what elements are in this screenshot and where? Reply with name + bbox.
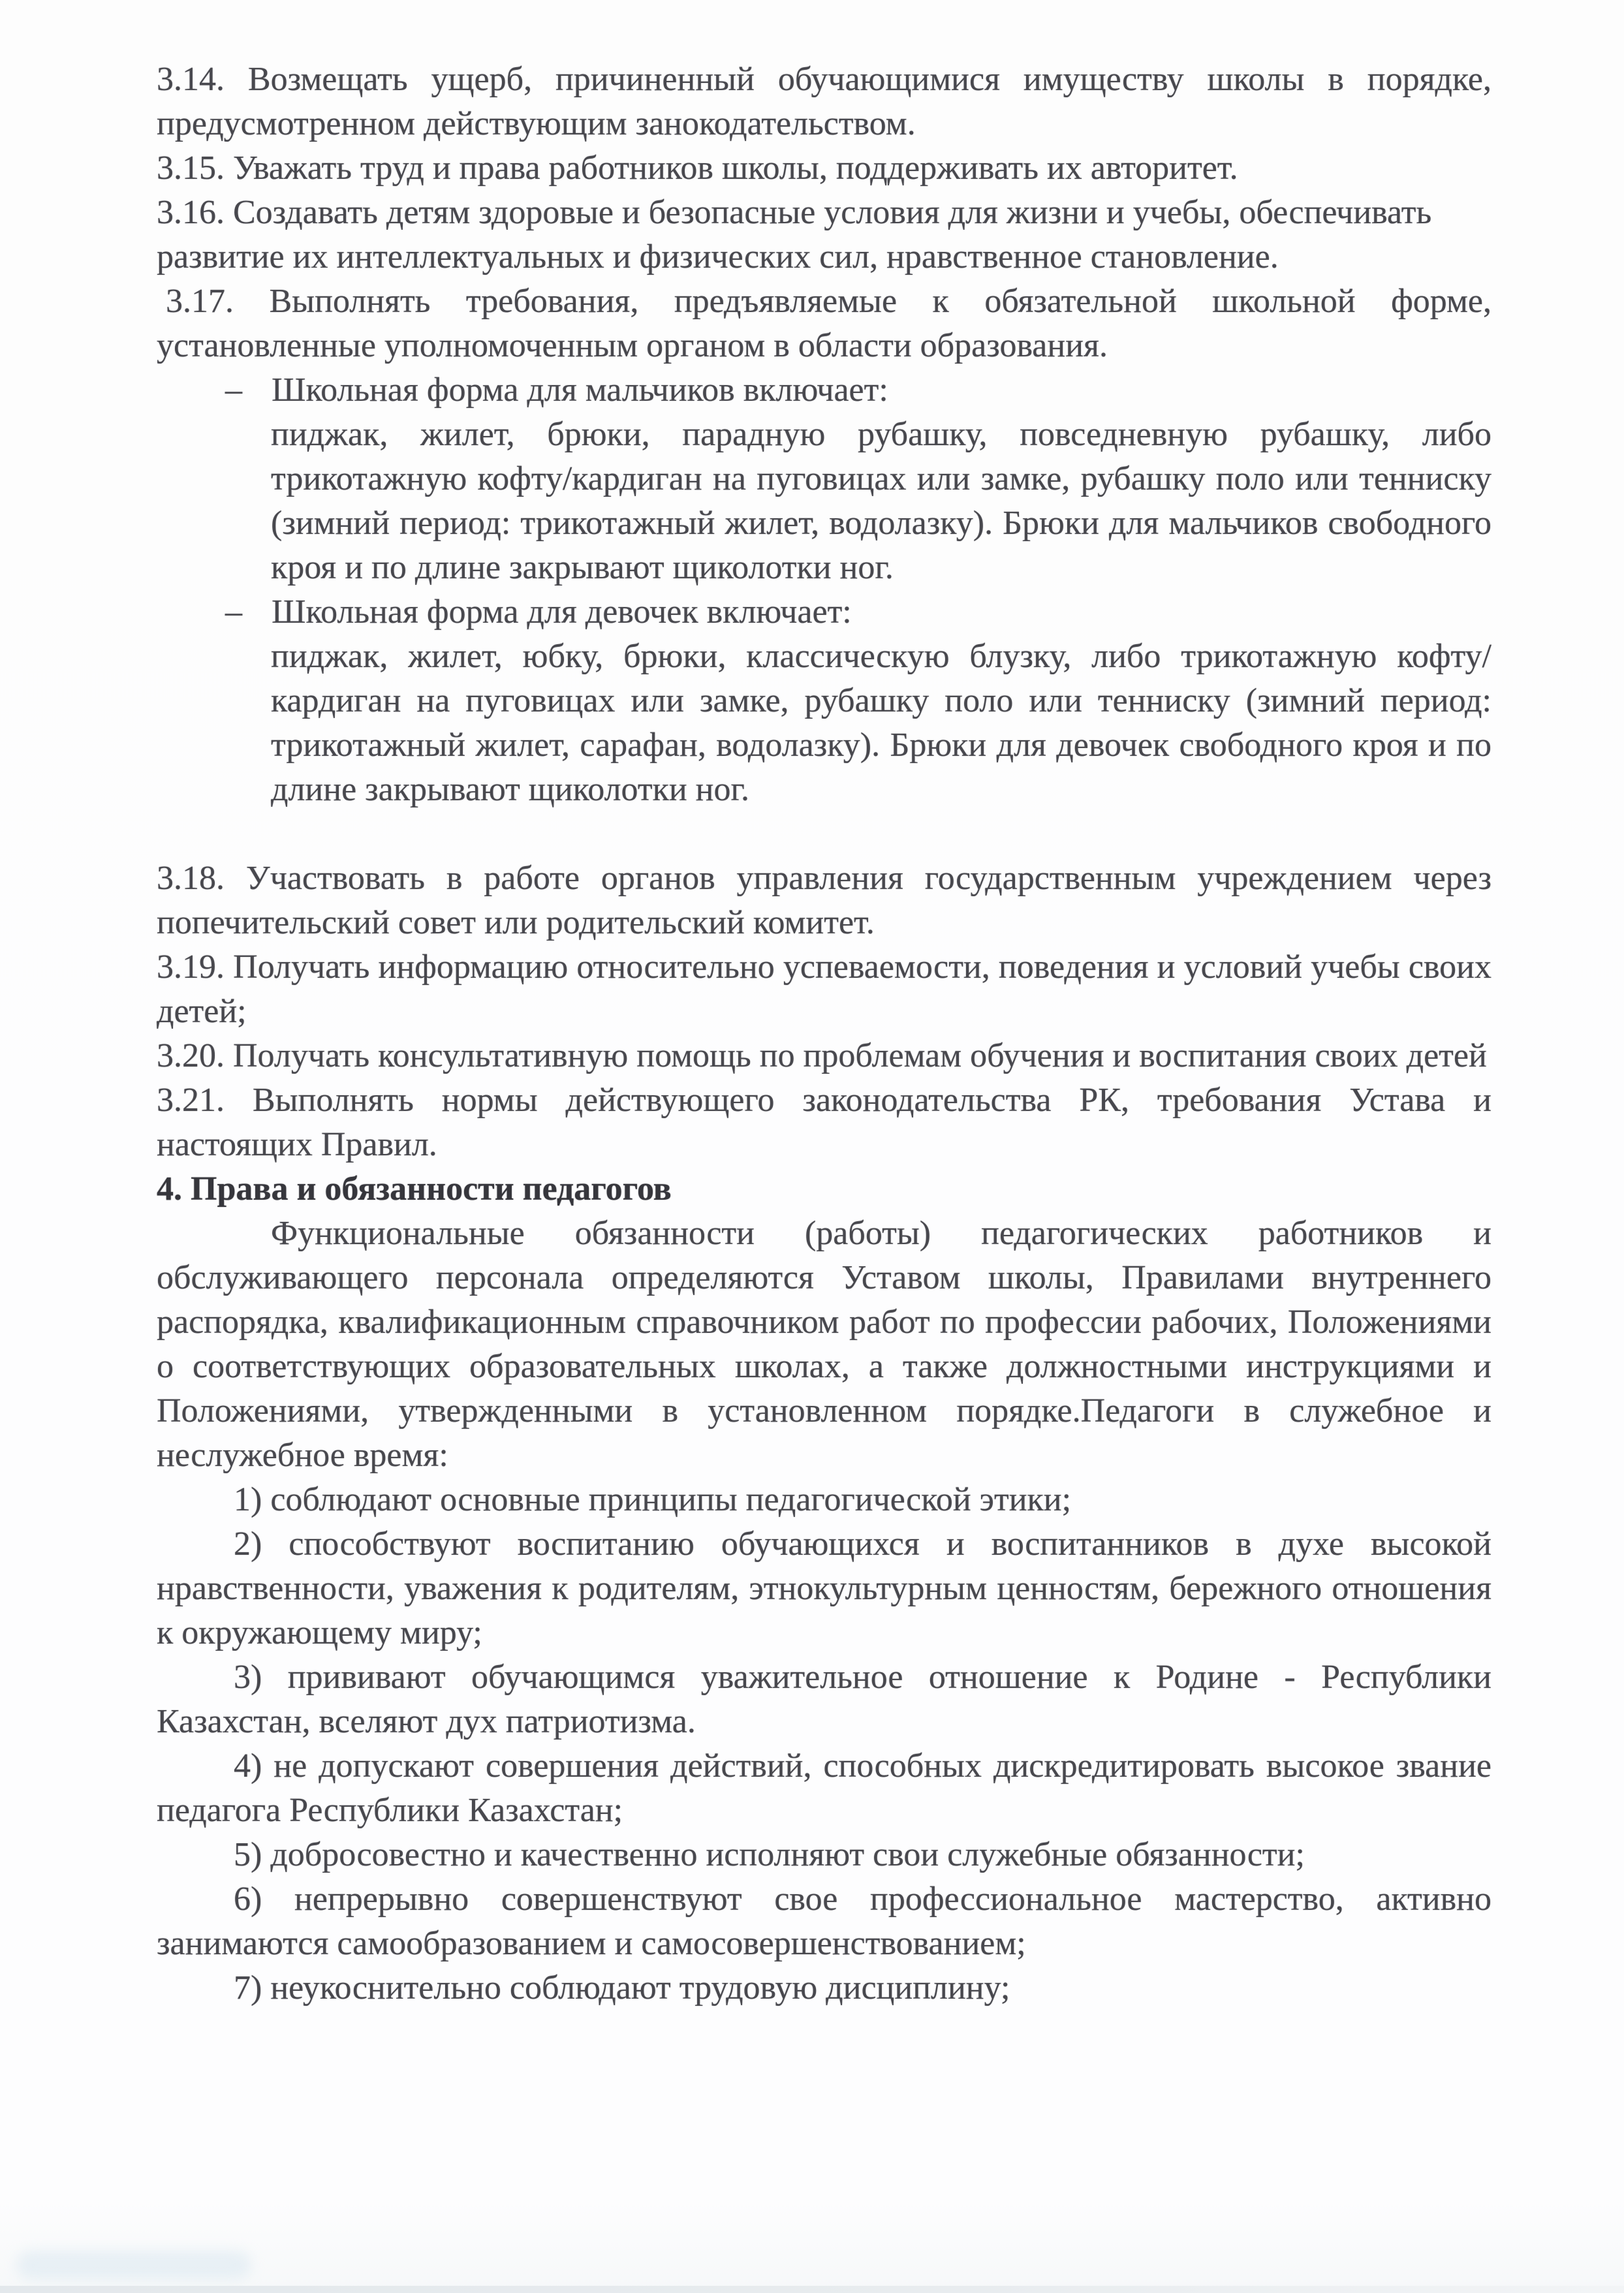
bullet-item-girls-uniform: – Школьная форма для девочек включает: <box>157 590 1491 634</box>
clause-3-20: 3.20. Получать консультативную помощь по… <box>157 1034 1491 1078</box>
numbered-item-2: 2) способствуют воспитанию обучающихся и… <box>157 1522 1491 1655</box>
section-4-heading: 4. Права и обязанности педагогов <box>157 1167 1491 1211</box>
bullet-label-girls: Школьная форма для девочек включает: <box>272 590 1491 634</box>
numbered-item-4: 4) не допускают совершения действий, спо… <box>157 1744 1491 1833</box>
numbered-item-5: 5) добросовестно и качественно исполняют… <box>157 1833 1491 1877</box>
document-text: 3.14. Возмещать ущерб, причиненный обуча… <box>157 57 1491 2010</box>
girls-uniform-description: пиджак, жилет, юбку, брюки, классическую… <box>271 634 1491 812</box>
clause-3-21: 3.21. Выполнять нормы действующего закон… <box>157 1078 1491 1167</box>
clause-3-18: 3.18. Участвовать в работе органов управ… <box>157 856 1491 945</box>
section-4-intro-paragraph: Функциональные обязанности (работы) педа… <box>157 1211 1491 1478</box>
numbered-item-3: 3) прививают обучающимся уважительное от… <box>157 1655 1491 1744</box>
bullet-dash-icon: – <box>225 590 272 634</box>
blank-line <box>157 812 1491 856</box>
clause-3-19: 3.19. Получать информацию относительно у… <box>157 945 1491 1034</box>
clause-3-14: 3.14. Возмещать ущерб, причиненный обуча… <box>157 57 1491 146</box>
numbered-item-6: 6) непрерывно совершенствуют свое профес… <box>157 1877 1491 1966</box>
bullet-label-boys: Школьная форма для мальчиков включает: <box>272 368 1491 413</box>
bullet-dash-icon: – <box>225 368 272 413</box>
scanned-page: 3.14. Возмещать ущерб, причиненный обуча… <box>0 0 1624 2293</box>
scan-edge-bottom <box>0 2286 1624 2293</box>
numbered-item-7: 7) неукоснительно соблюдают трудовую дис… <box>157 1966 1491 2010</box>
numbered-item-1: 1) соблюдают основные принципы педагогич… <box>157 1478 1491 1522</box>
clause-3-16: 3.16. Создавать детям здоровые и безопас… <box>157 191 1491 279</box>
boys-uniform-description: пиджак, жилет, брюки, парадную рубашку, … <box>271 413 1491 590</box>
clause-3-17: 3.17. Выполнять требования, предъявляемы… <box>157 279 1491 368</box>
bullet-item-boys-uniform: – Школьная форма для мальчиков включает: <box>157 368 1491 413</box>
scan-smudge-bottom-left <box>16 2251 251 2279</box>
clause-3-15: 3.15. Уважать труд и права работников шк… <box>157 146 1491 191</box>
